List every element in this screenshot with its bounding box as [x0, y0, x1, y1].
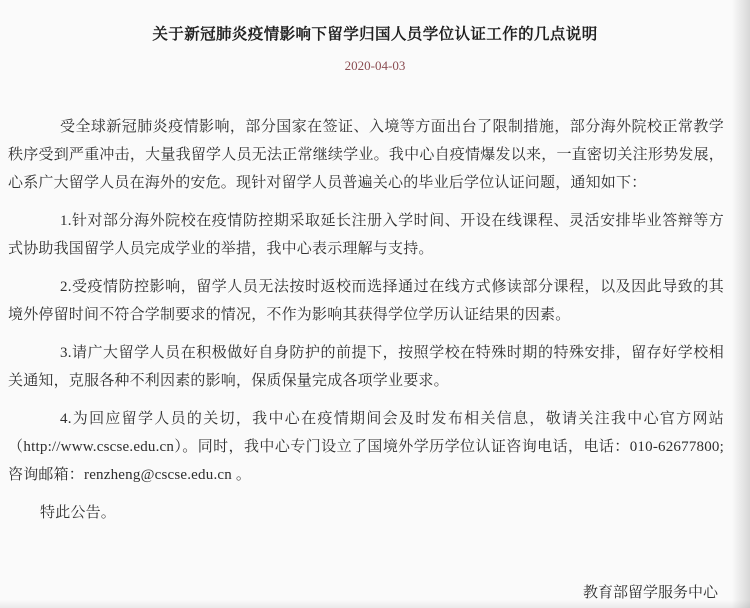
announcement-page: 关于新冠肺炎疫情影响下留学归国人员学位认证工作的几点说明 2020-04-03 …	[0, 0, 750, 608]
paragraph-item-2: 2.受疫情防控影响，留学人员无法按时返校而选择通过在线方式修读部分课程，以及因此…	[8, 273, 724, 329]
paragraph-intro: 受全球新冠肺炎疫情影响，部分国家在签证、入境等方面出台了限制措施，部分海外院校正…	[8, 113, 724, 197]
document-body: 受全球新冠肺炎疫情影响，部分国家在签证、入境等方面出台了限制措施，部分海外院校正…	[8, 113, 724, 527]
paragraph-item-3: 3.请广大留学人员在积极做好自身防护的前提下，按照学校在特殊时期的特殊安排，留存…	[8, 339, 724, 395]
paragraph-closing: 特此公告。	[8, 499, 724, 527]
paragraph-item-4: 4.为回应留学人员的关切，我中心在疫情期间会及时发布相关信息，敬请关注我中心官方…	[8, 405, 724, 489]
document-title: 关于新冠肺炎疫情影响下留学归国人员学位认证工作的几点说明	[0, 0, 750, 45]
signature: 教育部留学服务中心	[0, 583, 718, 603]
publish-date: 2020-04-03	[0, 58, 750, 74]
paragraph-item-1: 1.针对部分海外院校在疫情防控期采取延长注册入学时间、开设在线课程、灵活安排毕业…	[8, 207, 724, 263]
